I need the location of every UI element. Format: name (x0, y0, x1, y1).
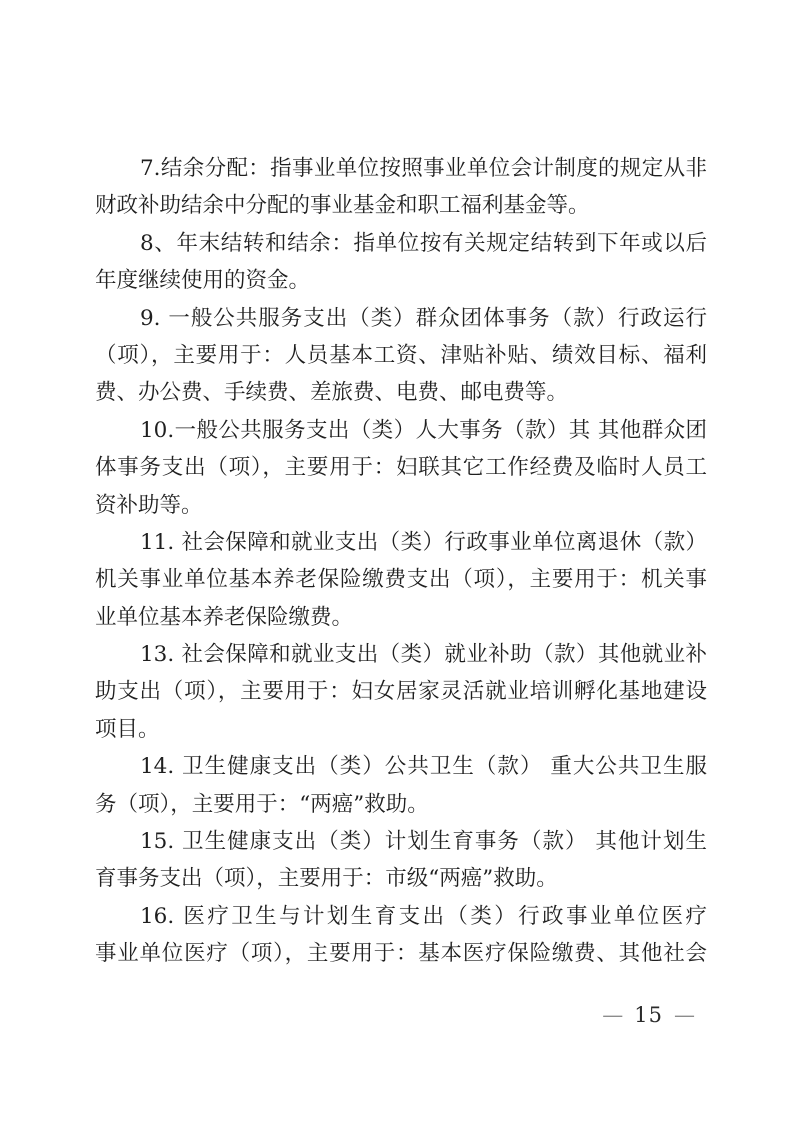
paragraph-line: 助支出（项），主要用于：妇女居家灵活就业培训孵化基地建设 (95, 673, 707, 710)
paragraph-9: 9. 一般公共服务支出（类）群众团体事务（款）行政运行 （项），主要用于：人员基… (95, 300, 707, 412)
paragraph-14: 14. 卫生健康支出（类）公共卫生（款） 重大公共卫生服 务（项），主要用于：“… (95, 748, 707, 823)
paragraph-line: 13. 社会保障和就业支出（类）就业补助（款）其他就业补 (95, 636, 707, 673)
paragraph-line: 机关事业单位基本养老保险缴费支出（项），主要用于：机关事 (95, 561, 707, 598)
paragraph-11: 11. 社会保障和就业支出（类）行政事业单位离退休（款） 机关事业单位基本养老保… (95, 524, 707, 636)
paragraph-line: 7.结余分配：指事业单位按照事业单位会计制度的规定从非 (95, 150, 707, 187)
paragraph-line: 年度继续使用的资金。 (95, 262, 707, 299)
paragraph-line: 资补助等。 (95, 487, 707, 524)
paragraph-line: 务（项），主要用于：“两癌”救助。 (95, 786, 707, 823)
paragraph-line: 16. 医疗卫生与计划生育支出（类）行政事业单位医疗（款） (95, 898, 707, 935)
page-number-dash-right: — (674, 1002, 695, 1028)
page-number-value: 15 (634, 1003, 663, 1027)
document-page: 7.结余分配：指事业单位按照事业单位会计制度的规定从非 财政补助结余中分配的事业… (0, 0, 793, 1122)
paragraph-line: 10.一般公共服务支出（类）人大事务（款）其 其他群众团 (95, 412, 707, 449)
paragraph-line: （项），主要用于：人员基本工资、津贴补贴、绩效目标、福利 (95, 337, 707, 374)
paragraph-line: 费、办公费、手续费、差旅费、电费、邮电费等。 (95, 374, 707, 411)
paragraph-7: 7.结余分配：指事业单位按照事业单位会计制度的规定从非 财政补助结余中分配的事业… (95, 150, 707, 225)
text-block: 7.结余分配：指事业单位按照事业单位会计制度的规定从非 财政补助结余中分配的事业… (95, 150, 707, 973)
page-number: — 15 — (602, 1002, 695, 1028)
paragraph-line: 财政补助结余中分配的事业基金和职工福利基金等。 (95, 187, 707, 224)
paragraph-line: 体事务支出（项），主要用于：妇联其它工作经费及临时人员工 (95, 449, 707, 486)
page-number-dash-left: — (602, 1002, 623, 1028)
paragraph-line: 14. 卫生健康支出（类）公共卫生（款） 重大公共卫生服 (95, 748, 707, 785)
paragraph-line: 15. 卫生健康支出（类）计划生育事务（款） 其他计划生 (95, 823, 707, 860)
paragraph-10: 10.一般公共服务支出（类）人大事务（款）其 其他群众团 体事务支出（项），主要… (95, 412, 707, 524)
paragraph-line: 8、年末结转和结余：指单位按有关规定结转到下年或以后 (95, 225, 707, 262)
paragraph-line: 9. 一般公共服务支出（类）群众团体事务（款）行政运行 (95, 300, 707, 337)
paragraph-16: 16. 医疗卫生与计划生育支出（类）行政事业单位医疗（款） 事业单位医疗（项），… (95, 898, 707, 973)
paragraph-line: 事业单位医疗（项），主要用于：基本医疗保险缴费、其他社会 (95, 935, 707, 972)
paragraph-15: 15. 卫生健康支出（类）计划生育事务（款） 其他计划生 育事务支出（项），主要… (95, 823, 707, 898)
paragraph-line: 育事务支出（项），主要用于：市级“两癌”救助。 (95, 860, 707, 897)
paragraph-line: 业单位基本养老保险缴费。 (95, 599, 707, 636)
paragraph-line: 项目。 (95, 711, 707, 748)
paragraph-line: 11. 社会保障和就业支出（类）行政事业单位离退休（款） (95, 524, 707, 561)
paragraph-13: 13. 社会保障和就业支出（类）就业补助（款）其他就业补 助支出（项），主要用于… (95, 636, 707, 748)
paragraph-8: 8、年末结转和结余：指单位按有关规定结转到下年或以后 年度继续使用的资金。 (95, 225, 707, 300)
